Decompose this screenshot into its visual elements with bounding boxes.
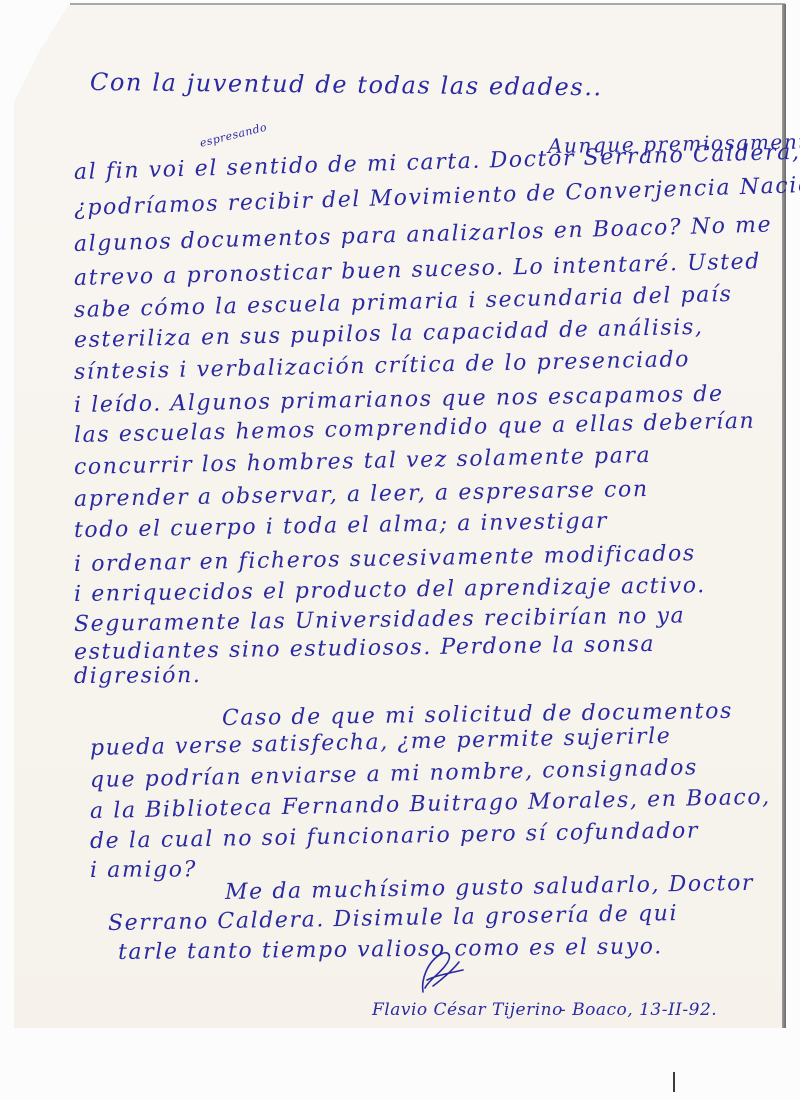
paper-top-edge <box>70 3 785 5</box>
letter-line-17: digresión. <box>74 663 202 689</box>
scan-artifact <box>673 1072 675 1092</box>
letter-line-23: i amigo? <box>90 857 197 883</box>
letter-heading: Con la juventud de todas las edades.. <box>90 68 603 101</box>
signature-flourish-icon <box>415 950 475 996</box>
signature-name: Flavio César Tijerino <box>372 1000 563 1020</box>
signature-place-date: - Boaco, 13-II-92. <box>560 1000 717 1020</box>
